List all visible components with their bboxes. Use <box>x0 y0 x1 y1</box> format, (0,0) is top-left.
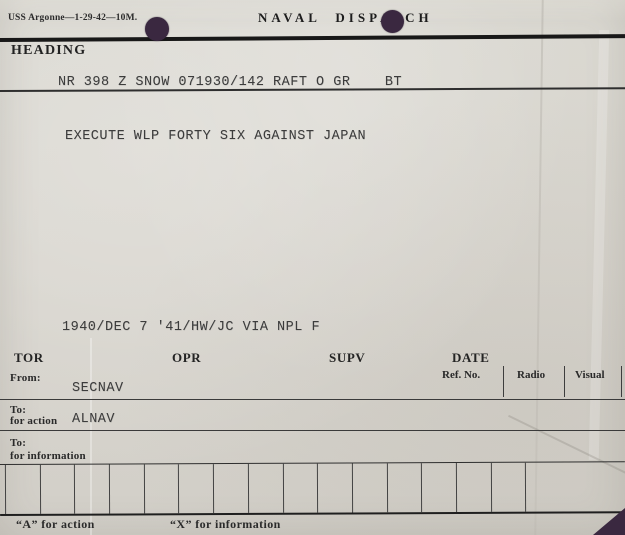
column-divider <box>503 366 504 397</box>
message-time-line: 1940/DEC 7 '41/HW/JC VIA NPL F <box>62 320 320 335</box>
grid-cell <box>491 463 526 512</box>
column-label-tor: TOR <box>14 350 44 366</box>
form-imprint: USS Argonne—1-29-42—10M. <box>8 13 137 23</box>
corner-fold-triangle <box>593 508 625 535</box>
grid-cell <box>352 463 387 512</box>
to-action-sublabel: for action <box>10 415 57 427</box>
grid-cell <box>213 464 248 513</box>
action-legend: “A” for action <box>16 517 95 532</box>
grid-cell <box>109 464 144 513</box>
grid-cell <box>5 465 40 514</box>
grid-cell <box>282 464 317 513</box>
punch-hole-icon <box>381 10 404 33</box>
grid-cell <box>144 464 179 513</box>
to-info-sublabel: for information <box>10 450 86 462</box>
to-action-row-rule <box>0 430 625 431</box>
grid-cell <box>456 463 491 512</box>
grid-cell <box>386 463 421 512</box>
grid-cell <box>178 464 213 513</box>
form-title: NAVAL DISPATCH <box>258 10 433 26</box>
from-row-rule <box>0 399 625 400</box>
header-rule <box>0 34 625 41</box>
visual-header: Visual <box>575 369 605 381</box>
punch-hole-icon <box>145 17 169 41</box>
heading-section-label: HEADING <box>11 43 86 59</box>
column-divider <box>621 366 622 397</box>
grid-cell-wide <box>525 462 625 511</box>
to-info-label: To: <box>10 437 26 449</box>
grid-cell <box>421 463 456 512</box>
from-value: SECNAV <box>72 381 124 396</box>
column-label-supv: SUPV <box>329 350 365 366</box>
from-label: From: <box>10 372 41 384</box>
grid-cell <box>248 464 283 513</box>
radio-header: Radio <box>517 369 545 381</box>
grid-cell <box>317 463 352 512</box>
column-label-opr: OPR <box>172 350 201 366</box>
column-label-date: DATE <box>452 350 490 366</box>
ref-no-header: Ref. No. <box>442 369 480 381</box>
distribution-grid <box>0 461 625 516</box>
column-divider <box>564 366 565 397</box>
information-legend: “X” for information <box>170 517 281 532</box>
message-text-line: EXECUTE WLP FORTY SIX AGAINST JAPAN <box>65 129 366 144</box>
paper-crease <box>534 0 543 535</box>
to-action-value: ALNAV <box>72 412 115 427</box>
paper-crease <box>589 30 610 460</box>
grid-cell <box>40 465 75 514</box>
distribution-grid-row <box>5 462 625 514</box>
naval-dispatch-form: USS Argonne—1-29-42—10M. NAVAL DISPATCH … <box>0 0 625 535</box>
grid-cell <box>74 465 109 514</box>
